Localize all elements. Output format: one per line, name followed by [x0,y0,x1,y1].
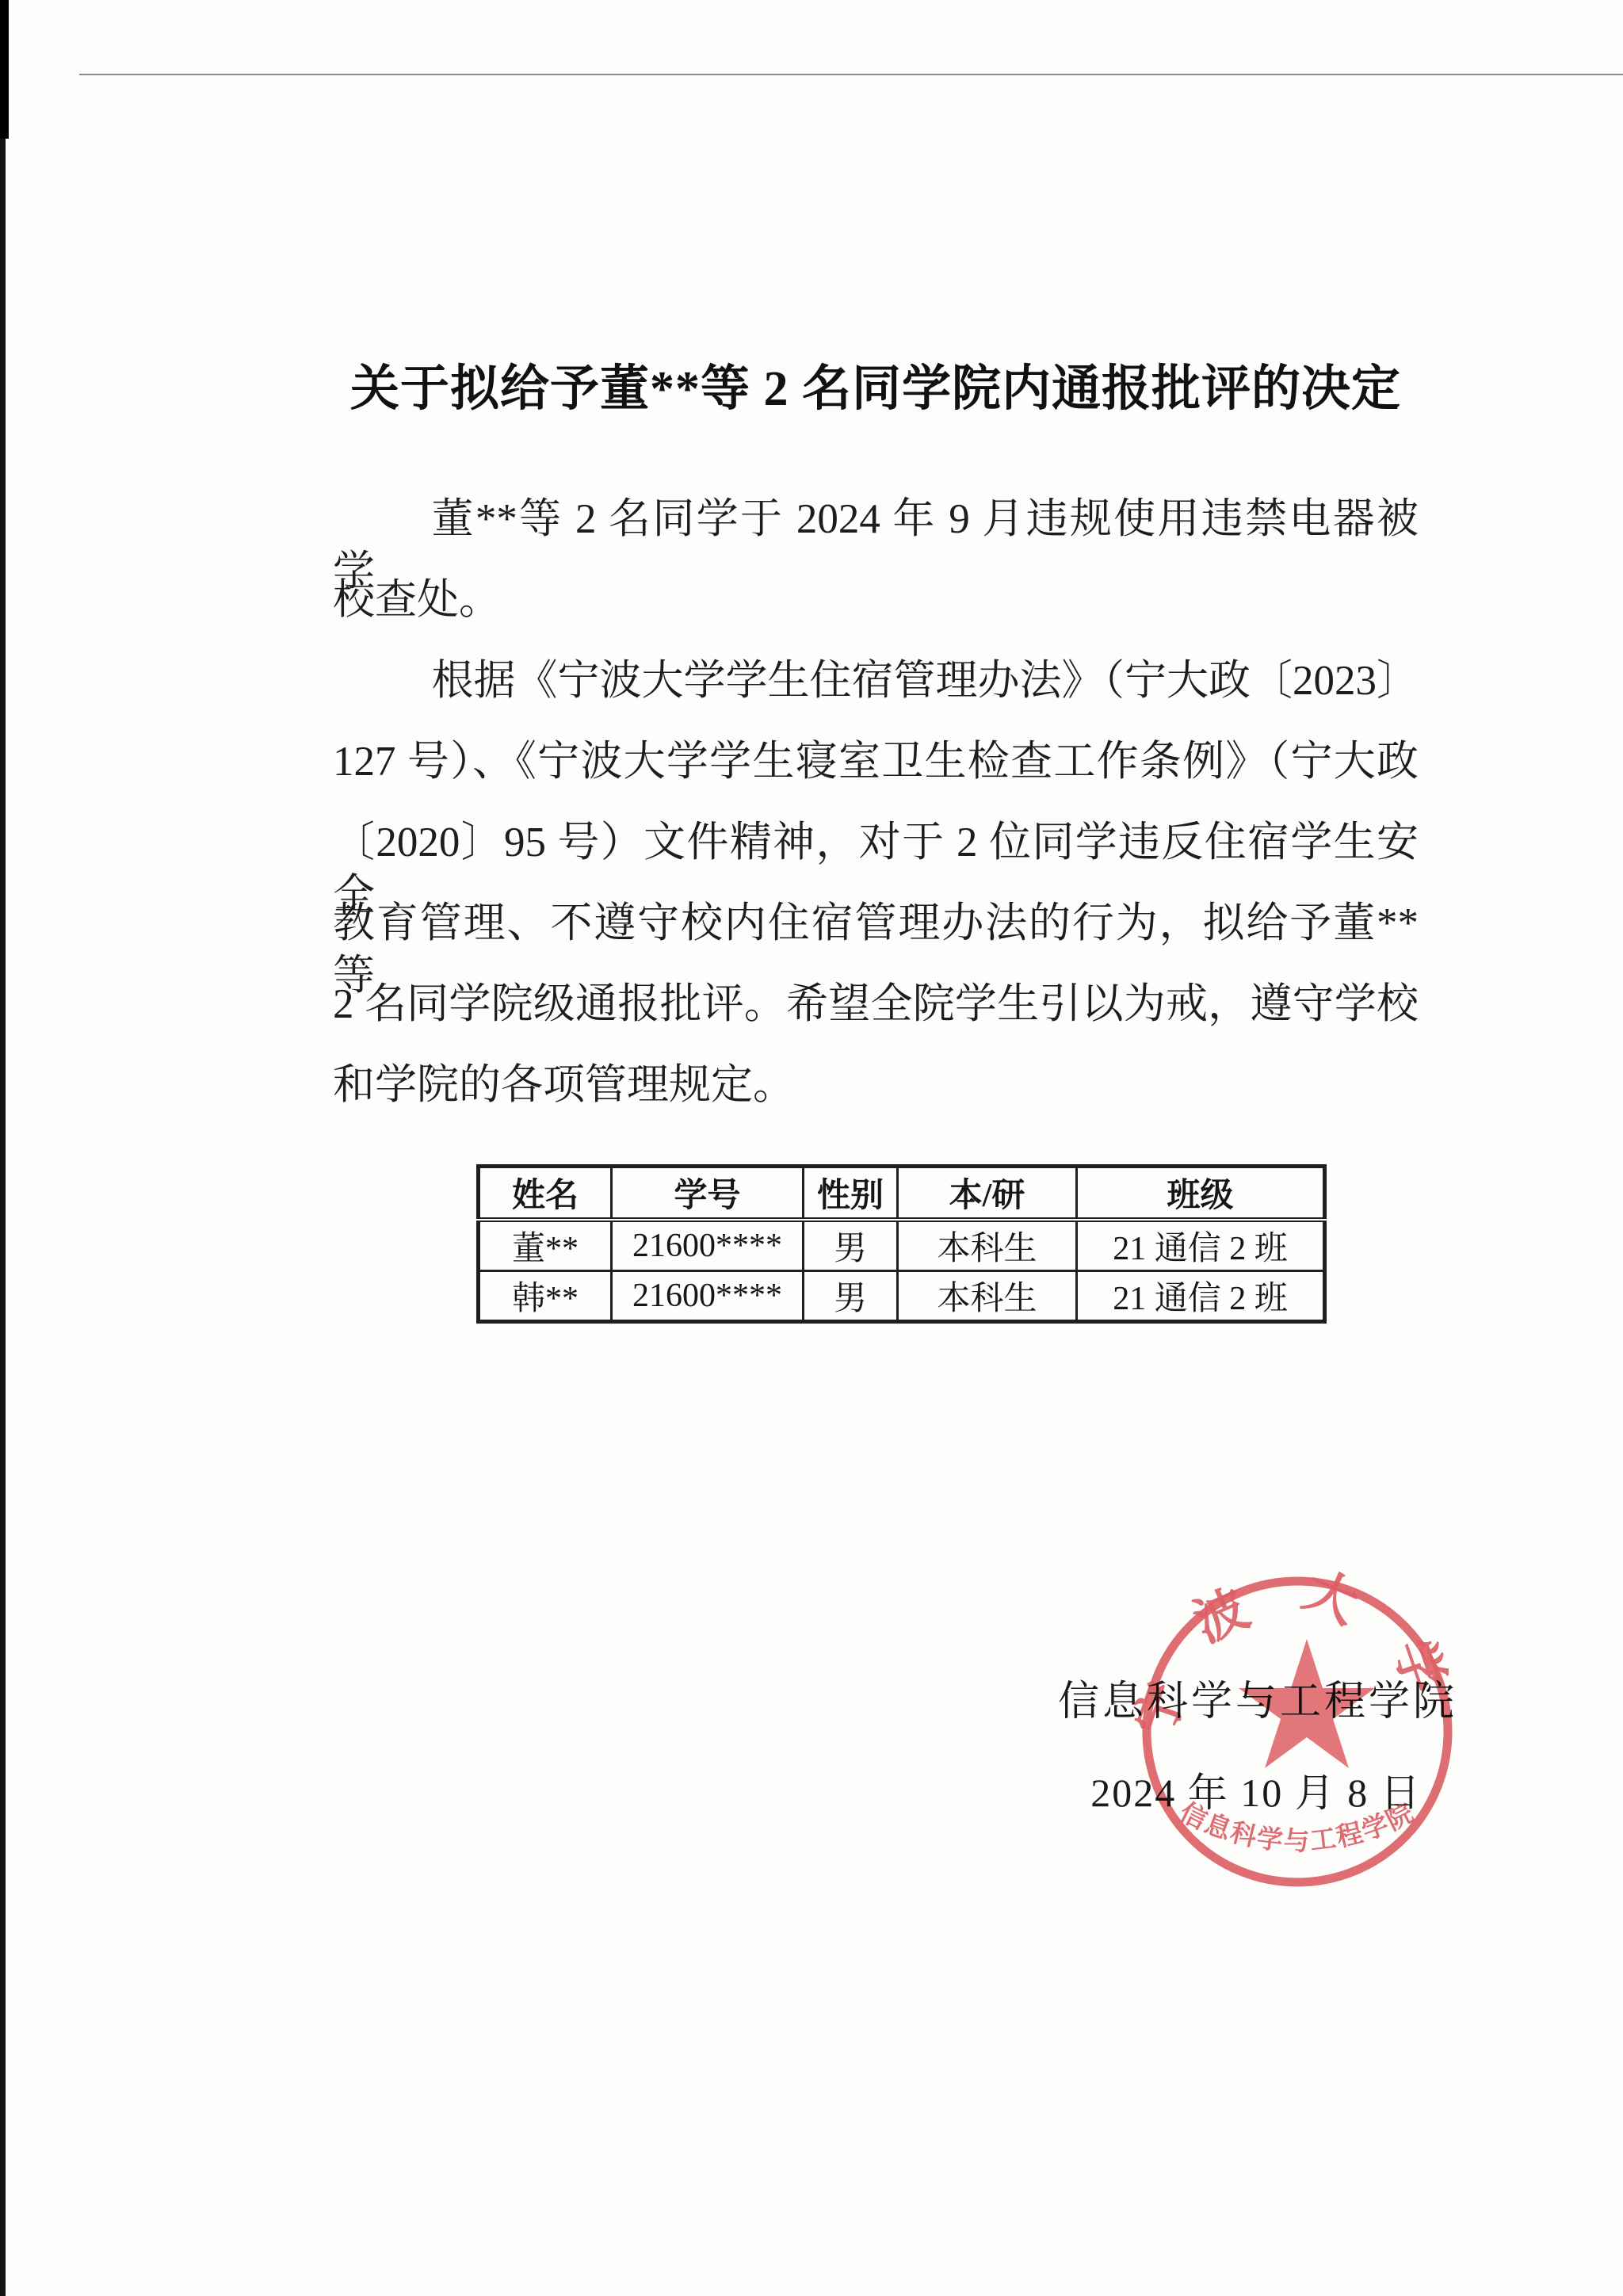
paragraph2-line3: 〔2020〕95 号）文件精神，对于 2 位同学违反住宿学生安全 [333,816,1419,872]
scan-top-line-artifact [79,74,1623,75]
cell-student-id: 21600**** [612,1220,804,1271]
cell-student-id: 21600**** [612,1271,804,1322]
scan-corner-artifact [0,0,9,139]
scan-edge-artifact [0,0,6,2296]
official-stamp: 宁波大学 信息科学与工程学院 [1123,1557,1472,1906]
stamp-department-text: 信息科学与工程学院 [1175,1797,1420,1856]
cell-gender: 男 [804,1220,898,1271]
cell-class: 21 通信 2 班 [1077,1220,1325,1271]
header-gender: 性别 [804,1167,898,1221]
header-student-id: 学号 [612,1167,804,1221]
cell-name: 韩** [479,1271,612,1322]
paragraph1-line2: 校查处。 [333,574,1419,629]
paragraph2-line5: 2 名同学院级通报批评。希望全院学生引以为戒，遵守学校 [333,978,1419,1033]
table-header-row: 姓名 学号 性别 本/研 班级 [479,1167,1325,1221]
paragraph2-line1: 根据《宁波大学学生住宿管理办法》（宁大政〔2023〕 [333,655,1419,710]
paragraph1-line1: 董**等 2 名同学于 2024 年 9 月违规使用违禁电器被学 [333,493,1419,548]
document-title: 关于拟给予董**等 2 名同学院内通报批评的决定 [333,349,1419,419]
cell-name: 董** [479,1220,612,1271]
stamp-star [1239,1639,1375,1768]
cell-gender: 男 [804,1271,898,1322]
paragraph2-line4: 教育管理、不遵守校内住宿管理办法的行为，拟给予董**等 [333,897,1419,953]
table-row: 董** 21600**** 男 本科生 21 通信 2 班 [479,1220,1325,1271]
cell-degree-type: 本科生 [898,1220,1077,1271]
paragraph2-line2: 127 号）、《宁波大学学生寝室卫生检查工作条例》（宁大政 [333,735,1419,791]
students-table: 姓名 学号 性别 本/研 班级 董** 21600**** 男 本科生 21 通… [476,1164,1327,1324]
cell-class: 21 通信 2 班 [1077,1271,1325,1322]
table-row: 韩** 21600**** 男 本科生 21 通信 2 班 [479,1271,1325,1322]
header-degree-type: 本/研 [898,1167,1077,1221]
paragraph2-line6: 和学院的各项管理规定。 [333,1059,1419,1114]
cell-degree-type: 本科生 [898,1271,1077,1322]
scanned-document-page: 关于拟给予董**等 2 名同学院内通报批评的决定 董**等 2 名同学于 202… [0,0,1623,2296]
header-name: 姓名 [479,1167,612,1221]
header-class: 班级 [1077,1167,1325,1221]
